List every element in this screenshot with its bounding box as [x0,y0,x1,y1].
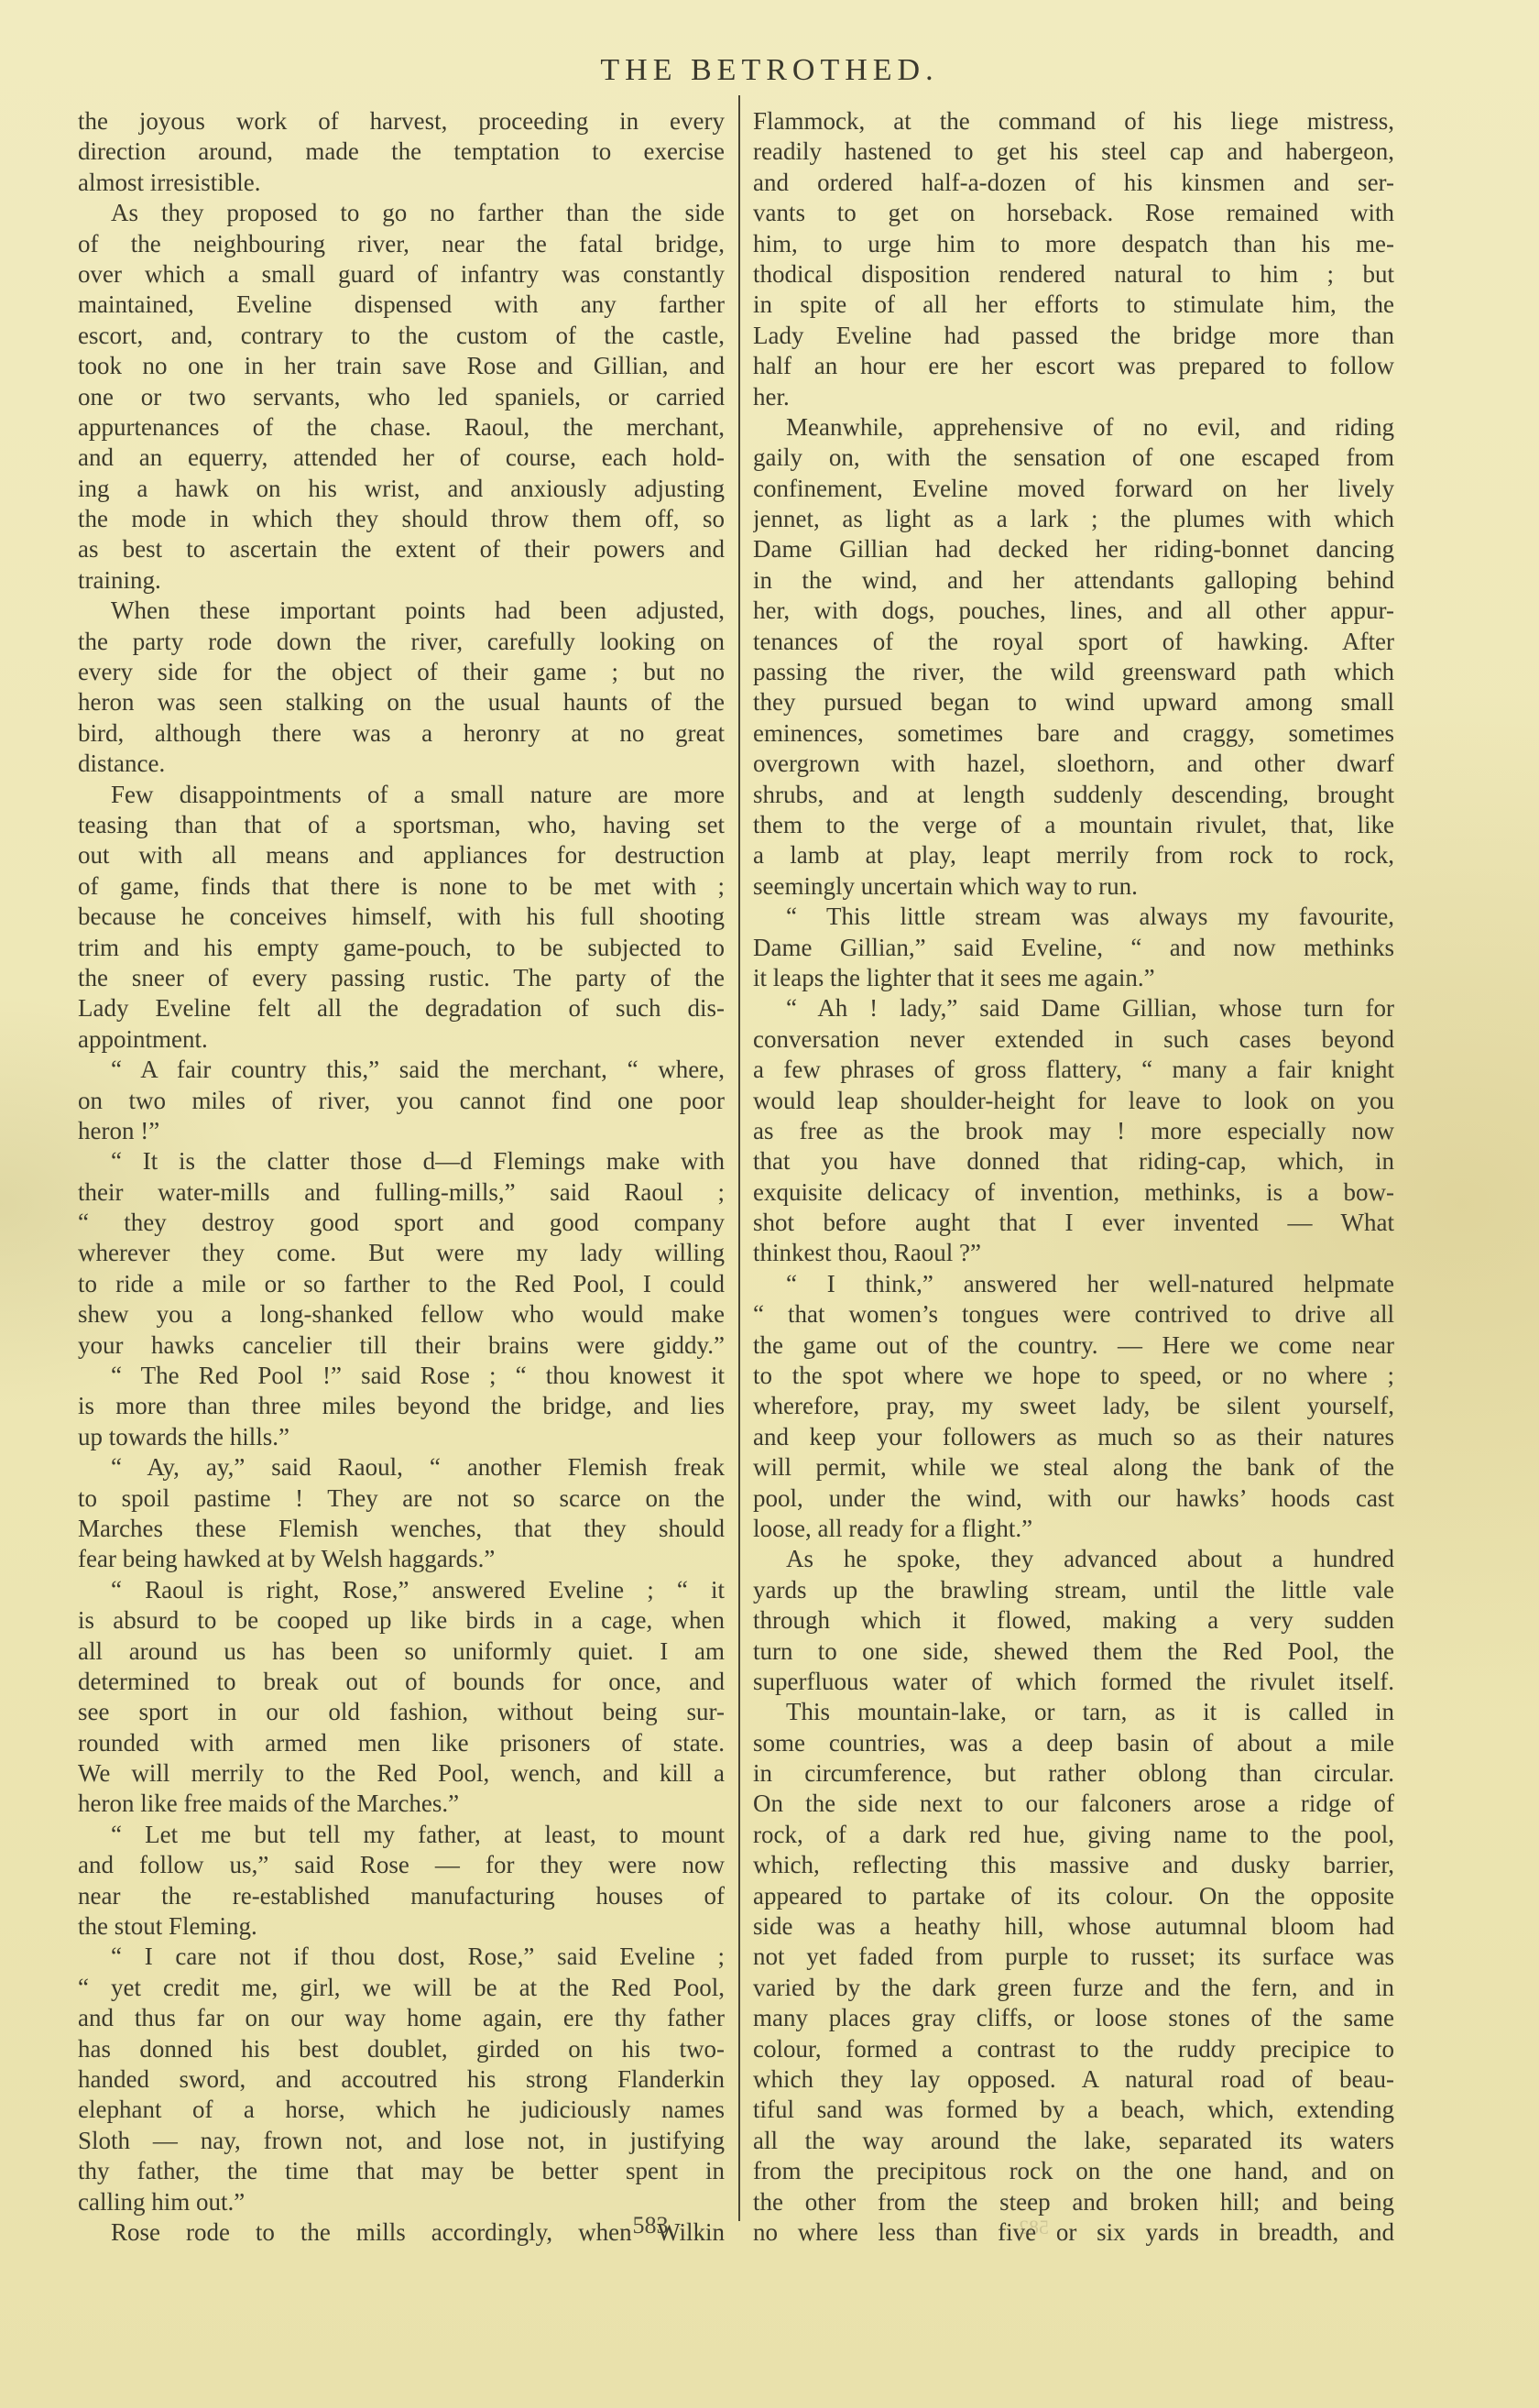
page-title: THE BETROTHED. [600,53,938,87]
text-line: determined to break out of bounds for on… [78,1667,725,1697]
text-line: up towards the hills.” [78,1422,725,1452]
text-line: heron was seen stalking on the usual hau… [78,687,725,717]
text-line: jennet, as light as a lark ; the plumes … [753,504,1394,534]
text-line: would leap shoulder-height for leave to … [753,1086,1394,1116]
text-line: heron !” [78,1116,725,1146]
text-line: “ that women’s tongues were contrived to… [753,1299,1394,1330]
text-line: shew you a long-shanked fellow who would… [78,1299,725,1330]
text-line: in the wind, and her attendants gallopin… [753,565,1394,596]
text-line: wherever they come. But were my lady wil… [78,1238,725,1268]
text-line: the mode in which they should throw them… [78,504,725,534]
text-line: “ they destroy good sport and good compa… [78,1208,725,1238]
text-line: This mountain-lake, or tarn, as it is ca… [753,1697,1394,1727]
text-line: thinkest thou, Raoul ?” [753,1238,1394,1268]
text-line: “ This little stream was always my favou… [753,902,1394,932]
text-line: “ Ah ! lady,” said Dame Gillian, whose t… [753,993,1394,1023]
text-line: from the precipitous rock on the one han… [753,2156,1394,2186]
text-line: Marches these Flemish wenches, that they… [78,1514,725,1544]
text-line: and ordered half-a-dozen of his kinsmen … [753,168,1394,198]
text-line: every side for the object of their game … [78,657,725,687]
text-line: overgrown with hazel, sloethorn, and oth… [753,749,1394,779]
text-line: elephant of a horse, which he judiciousl… [78,2095,725,2125]
text-line: half an hour ere her escort was prepared… [753,351,1394,381]
text-line: Meanwhile, apprehensive of no evil, and … [753,412,1394,443]
text-line: Dame Gillian had decked her riding-bonne… [753,534,1394,564]
text-line: pool, under the wind, with our hawks’ ho… [753,1483,1394,1514]
text-line: that you have donned that riding-cap, wh… [753,1146,1394,1177]
text-line: out with all means and appliances for de… [78,840,725,870]
text-line: her. [753,382,1394,412]
text-line: some countries, was a deep basin of abou… [753,1728,1394,1758]
text-line: Lady Eveline had passed the bridge more … [753,321,1394,351]
text-line: conversation never extended in such case… [753,1024,1394,1055]
text-column-left: the joyous work of harvest, proceeding i… [78,106,725,2248]
text-line: appurtenances of the chase. Raoul, the m… [78,412,725,443]
text-line: direction around, made the temptation to… [78,137,725,167]
column-divider [738,97,740,2221]
text-line: “ Let me but tell my father, at least, t… [78,1820,725,1850]
text-line: through which it flowed, making a very s… [753,1605,1394,1636]
text-line: has donned his best doublet, girded on h… [78,2034,725,2064]
text-line: tiful sand was formed by a beach, which,… [753,2095,1394,2125]
text-line: rock, of a dark red hue, giving name to … [753,1820,1394,1850]
text-line: appeared to partake of its colour. On th… [753,1881,1394,1911]
text-line: yards up the brawling stream, until the … [753,1575,1394,1605]
text-line: superfluous water of which formed the ri… [753,1667,1394,1697]
text-line: side was a heathy hill, whose autumnal b… [753,1911,1394,1942]
text-line: gaily on, with the sensation of one esca… [753,443,1394,473]
text-line: thy father, the time that may be better … [78,2156,725,2186]
text-line: as free as the brook may ! more especial… [753,1116,1394,1146]
text-line: readily hastened to get his steel cap an… [753,137,1394,167]
running-header: THE BETROTHED. [0,53,1539,88]
text-line: shrubs, and at length suddenly descendin… [753,780,1394,810]
text-line: to the spot where we hope to speed, or n… [753,1361,1394,1391]
text-line: thodical disposition rendered natural to… [753,259,1394,290]
text-line: they pursued began to wind upward among … [753,687,1394,717]
text-line: their water-mills and fulling-mills,” sa… [78,1177,725,1208]
text-line: turn to one side, shewed them the Red Po… [753,1636,1394,1667]
text-line: seemingly uncertain which way to run. [753,871,1394,902]
text-line: “ yet credit me, girl, we will be at the… [78,1973,725,2003]
text-line: her, with dogs, pouches, lines, and all … [753,596,1394,626]
text-line: to ride a mile or so farther to the Red … [78,1269,725,1299]
text-line: As they proposed to go no farther than t… [78,198,725,228]
text-line: maintained, Eveline dispensed with any f… [78,290,725,320]
text-line: your hawks cancelier till their brains w… [78,1330,725,1361]
text-line: Sloth — nay, frown not, and lose not, in… [78,2126,725,2156]
text-line: of game, finds that there is none to be … [78,871,725,902]
text-line: trim and his empty game-pouch, to be sub… [78,933,725,963]
text-line: and an equerry, attended her of course, … [78,443,725,473]
text-line: and keep your followers as much so as th… [753,1422,1394,1452]
text-line: exquisite delicacy of invention, methink… [753,1177,1394,1208]
text-line: On the side next to our falconers arose … [753,1789,1394,1819]
text-line: the stout Fleming. [78,1911,725,1942]
text-line: “ Ay, ay,” said Raoul, “ another Flemish… [78,1452,725,1483]
text-column-right: Flammock, at the command of his liege mi… [753,106,1394,2248]
text-line: the sneer of every passing rustic. The p… [78,963,725,993]
text-line: the party rode down the river, carefully… [78,627,725,657]
text-line: him, to urge him to more despatch than h… [753,229,1394,259]
text-line: a few phrases of gross flattery, “ many … [753,1055,1394,1085]
text-line: took no one in her train save Rose and G… [78,351,725,381]
text-line: We will merrily to the Red Pool, wench, … [78,1758,725,1789]
text-line: eminences, sometimes bare and craggy, so… [753,718,1394,749]
text-line: many places gray cliffs, or loose stones… [753,2003,1394,2033]
text-line: training. [78,565,725,596]
text-line: which, reflecting this massive and dusky… [753,1850,1394,1880]
text-line: escort, and, contrary to the custom of t… [78,321,725,351]
text-line: near the re-established manufacturing ho… [78,1881,725,1911]
text-line: “ It is the clatter those d—d Flemings m… [78,1146,725,1177]
text-line: bird, although there was a heronry at no… [78,718,725,749]
text-line: because he conceives himself, with his f… [78,902,725,932]
text-line: not yet faded from purple to russet; its… [753,1942,1394,1972]
text-line: Dame Gillian,” said Eveline, “ and now m… [753,933,1394,963]
text-line: all the way around the lake, separated i… [753,2126,1394,2156]
text-line: colour, formed a contrast to the ruddy p… [753,2034,1394,2064]
text-line: which they lay opposed. A natural road o… [753,2064,1394,2095]
text-line: appointment. [78,1024,725,1055]
page-number: 583 [0,2212,1539,2239]
text-line: and follow us,” said Rose — for they wer… [78,1850,725,1880]
text-line: one or two servants, who led spaniels, o… [78,382,725,412]
text-line: will permit, while we steal along the ba… [753,1452,1394,1483]
text-line: the joyous work of harvest, proceeding i… [78,106,725,137]
text-line: “ The Red Pool !” said Rose ; “ thou kno… [78,1361,725,1391]
text-line: in circumference, but rather oblong than… [753,1758,1394,1789]
text-line: all around us has been so uniformly quie… [78,1636,725,1667]
text-line: as best to ascertain the extent of their… [78,534,725,564]
text-line: “ I think,” answered her well-natured he… [753,1269,1394,1299]
text-line: is more than three miles beyond the brid… [78,1391,725,1421]
text-line: handed sword, and accoutred his strong F… [78,2064,725,2095]
text-line: “ Raoul is right, Rose,” answered Evelin… [78,1575,725,1605]
text-line: on two miles of river, you cannot find o… [78,1086,725,1116]
text-line: of the neighbouring river, near the fata… [78,229,725,259]
text-line: loose, all ready for a flight.” [753,1514,1394,1544]
text-line: see sport in our old fashion, without be… [78,1697,725,1727]
text-line: teasing than that of a sportsman, who, h… [78,810,725,840]
page-number-text: 583 [633,2212,669,2239]
text-line: passing the river, the wild greensward p… [753,657,1394,687]
text-line: a lamb at play, leapt merrily from rock … [753,840,1394,870]
text-line: “ A fair country this,” said the merchan… [78,1055,725,1085]
text-line: it leaps the lighter that it sees me aga… [753,963,1394,993]
text-line: the game out of the country. — Here we c… [753,1330,1394,1361]
text-line: wherefore, pray, my sweet lady, be silen… [753,1391,1394,1421]
text-line: Lady Eveline felt all the degradation of… [78,993,725,1023]
text-line: “ I care not if thou dost, Rose,” said E… [78,1942,725,1972]
text-line: and thus far on our way home again, ere … [78,2003,725,2033]
text-line: Flammock, at the command of his liege mi… [753,106,1394,137]
text-line: ing a hawk on his wrist, and anxiously a… [78,474,725,504]
text-line: distance. [78,749,725,779]
text-line: in spite of all her efforts to stimulate… [753,290,1394,320]
text-line: fear being hawked at by Welsh haggards.” [78,1544,725,1574]
bleed-through-page-number: 582 [1019,2216,1049,2239]
text-line: rounded with armed men like prisoners of… [78,1728,725,1758]
text-line: is absurd to be cooped up like birds in … [78,1605,725,1636]
text-line: over which a small guard of infantry was… [78,259,725,290]
text-line: almost irresistible. [78,168,725,198]
text-line: them to the verge of a mountain rivulet,… [753,810,1394,840]
text-line: shot before aught that I ever invented —… [753,1208,1394,1238]
text-line: Few disappointments of a small nature ar… [78,780,725,810]
text-line: As he spoke, they advanced about a hundr… [753,1544,1394,1574]
text-line: tenances of the royal sport of hawking. … [753,627,1394,657]
text-line: When these important points had been adj… [78,596,725,626]
text-line: heron like free maids of the Marches.” [78,1789,725,1819]
text-line: varied by the dark green furze and the f… [753,1973,1394,2003]
text-line: to spoil pastime ! They are not so scarc… [78,1483,725,1514]
text-line: vants to get on horseback. Rose remained… [753,198,1394,228]
text-line: confinement, Eveline moved forward on he… [753,474,1394,504]
